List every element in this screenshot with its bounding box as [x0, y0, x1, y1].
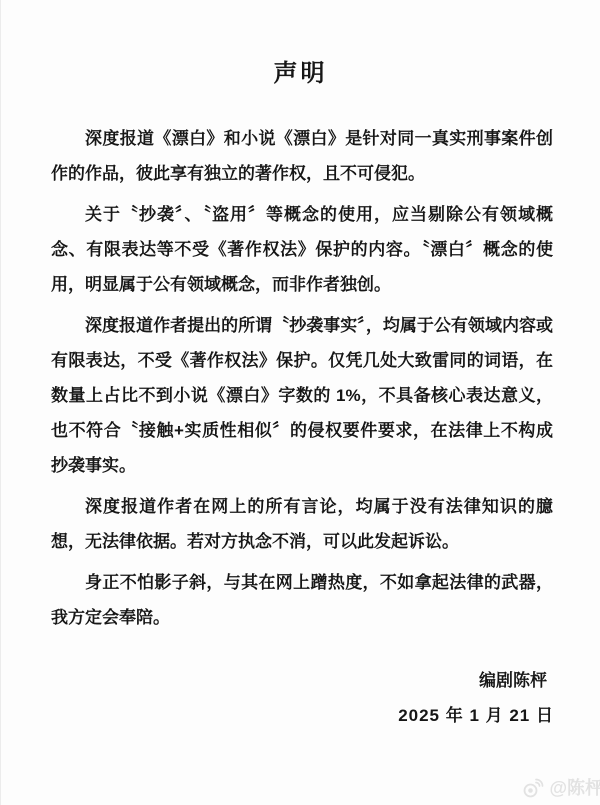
- statement-paragraph-1: 深度报道《漂白》和小说《漂白》是针对同一真实刑事案件创作的作品，彼此享有独立的著…: [51, 121, 553, 191]
- weibo-watermark: @陈枰: [522, 774, 600, 800]
- weibo-logo-icon: [522, 776, 547, 799]
- statement-paragraph-2: 关于〝抄袭〞、〝盗用〞等概念的使用，应当剔除公有领域概念、有限表达等不受《著作权…: [51, 197, 553, 302]
- statement-date: 2025 年 1 月 21 日: [1, 698, 600, 733]
- statement-paragraph-4: 深度报道作者在网上的所有言论，均属于没有法律知识的臆想，无法律依据。若对方执念不…: [51, 489, 553, 559]
- statement-document: 声明 深度报道《漂白》和小说《漂白》是针对同一真实刑事案件创作的作品，彼此享有独…: [0, 0, 600, 805]
- statement-body: 深度报道《漂白》和小说《漂白》是针对同一真实刑事案件创作的作品，彼此享有独立的著…: [51, 121, 553, 635]
- signature: 编剧陈枰: [1, 663, 600, 698]
- watermark-handle: @陈枰: [549, 774, 600, 800]
- statement-paragraph-5: 身正不怕影子斜，与其在网上蹭热度，不如拿起法律的武器，我方定会奉陪。: [51, 565, 553, 635]
- statement-title: 声明: [1, 0, 600, 91]
- statement-paragraph-3: 深度报道作者提出的所谓〝抄袭事实〞，均属于公有领域内容或有限表达，不受《著作权法…: [51, 308, 553, 483]
